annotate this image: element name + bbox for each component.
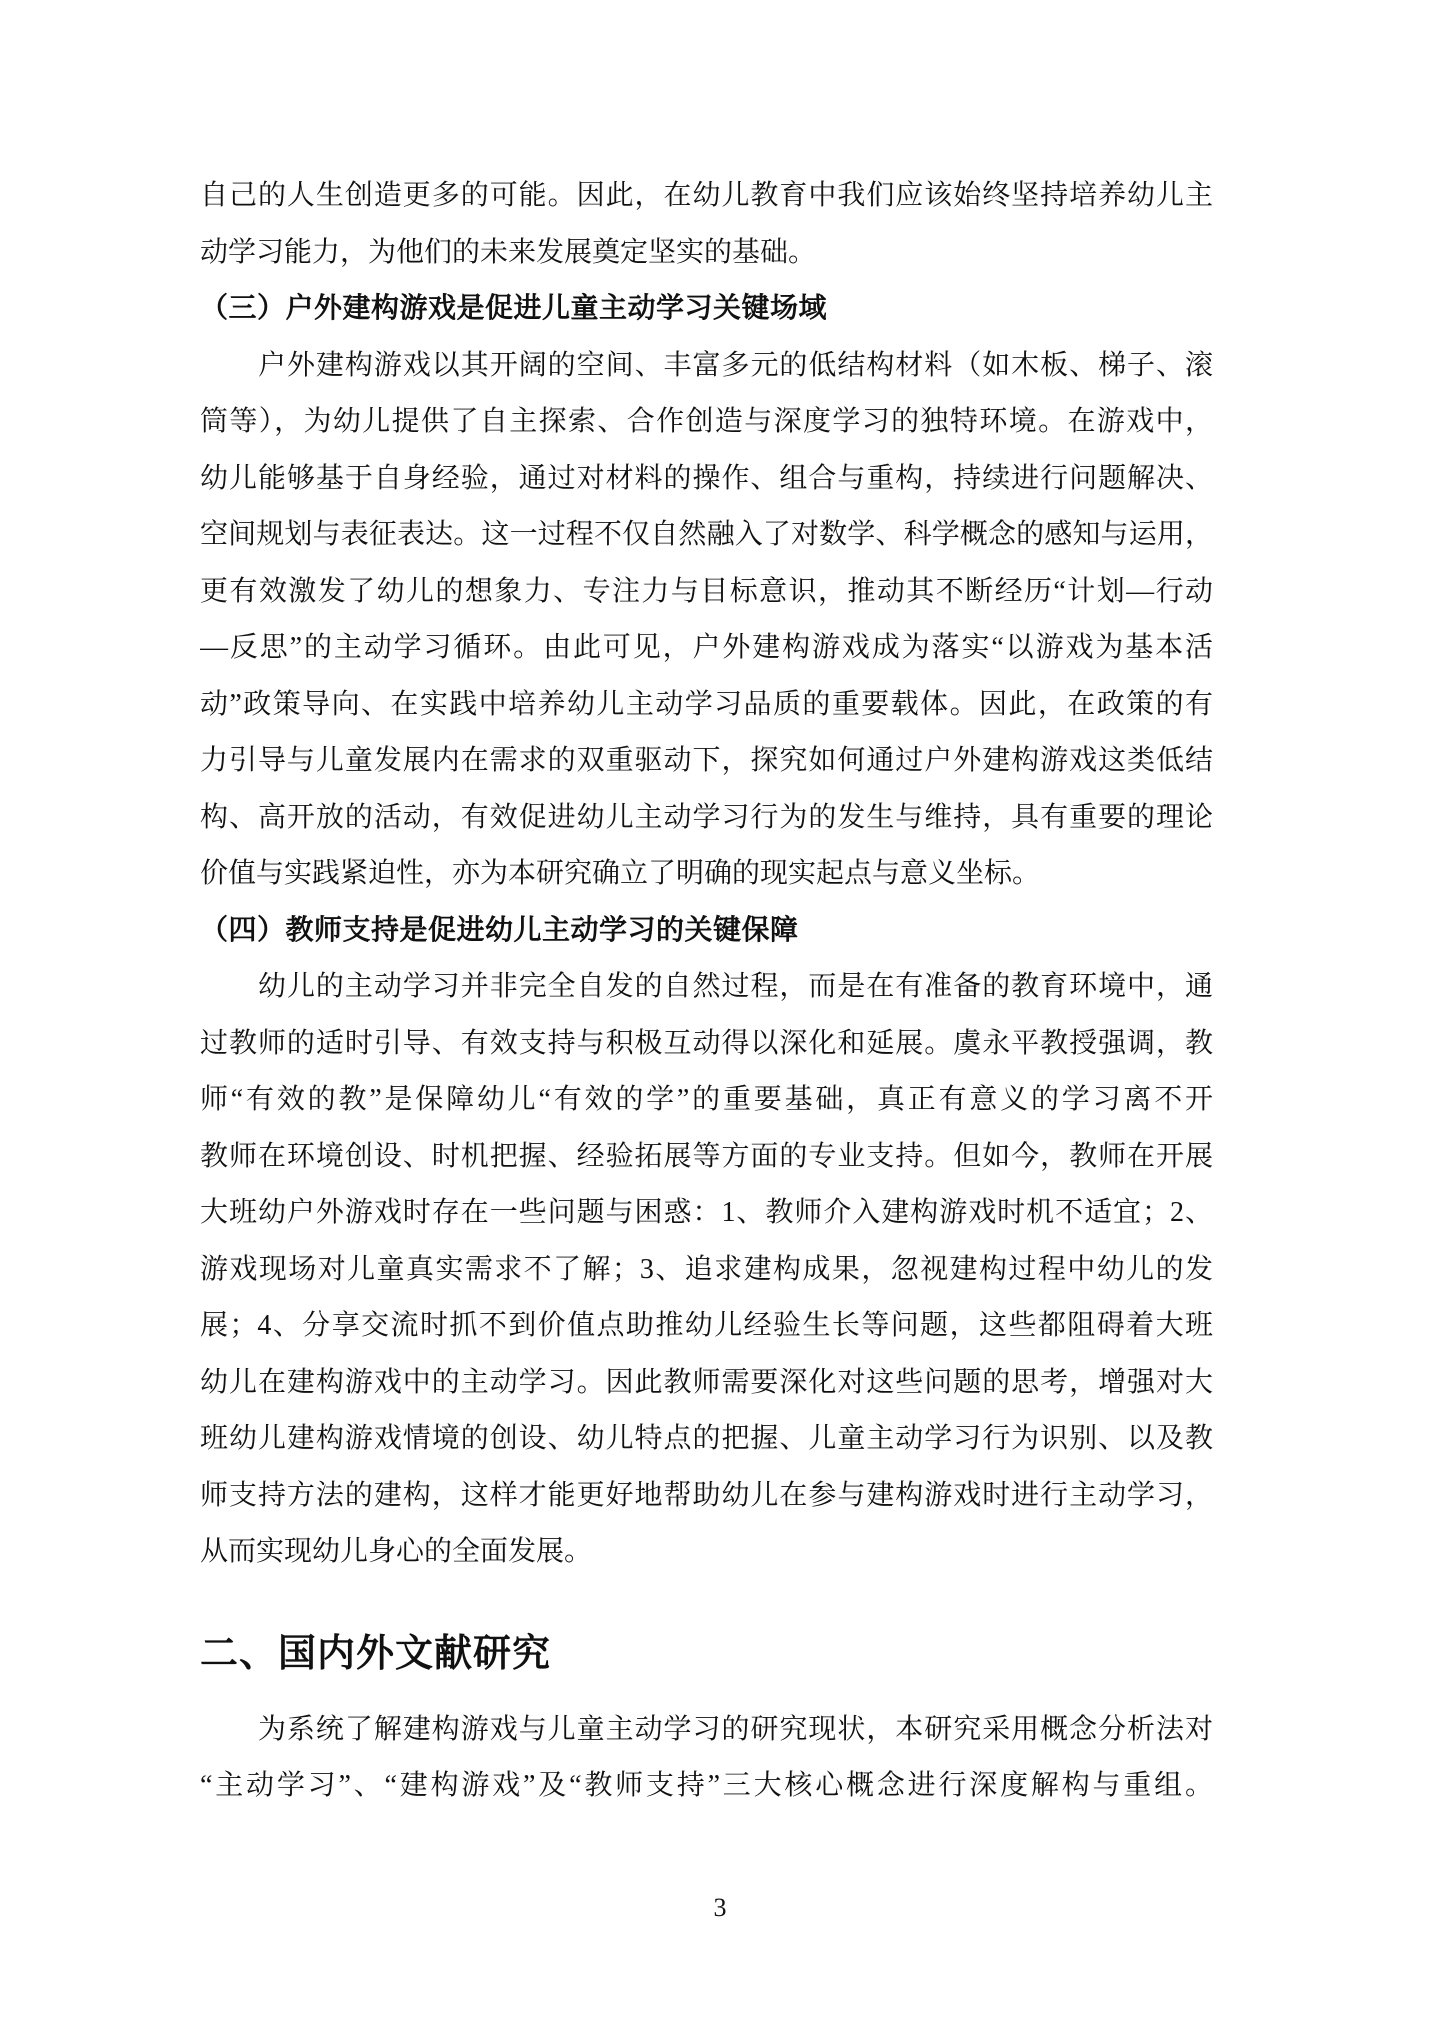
document-page: 自己的人生创造更多的可能。因此，在幼儿教育中我们应该始终坚持培养幼儿主动学习能力…: [0, 0, 1440, 2036]
sub-heading: （三）户外建构游戏是促进儿童主动学习关键场域: [200, 281, 1213, 338]
text-column: 自己的人生创造更多的可能。因此，在幼儿教育中我们应该始终坚持培养幼儿主动学习能力…: [200, 168, 1213, 1815]
paragraph-line: 幼儿的主动学习并非完全自发的自然过程，而是在有准备的教育环境中，通: [200, 959, 1213, 1016]
paragraph-line: 为系统了解建构游戏与儿童主动学习的研究现状，本研究采用概念分析法对: [200, 1702, 1213, 1759]
paragraph-line: 师“有效的教”是保障幼儿“有效的学”的重要基础，真正有意义的学习离不开: [200, 1072, 1213, 1129]
paragraph-line: 动”政策导向、在实践中培养幼儿主动学习品质的重要载体。因此，在政策的有: [200, 677, 1213, 734]
paragraph-line: 动学习能力，为他们的未来发展奠定坚实的基础。: [200, 225, 1213, 282]
paragraph-line: 从而实现幼儿身心的全面发展。: [200, 1524, 1213, 1581]
paragraph-line: 更有效激发了幼儿的想象力、专注力与目标意识，推动其不断经历“计划—行动: [200, 564, 1213, 621]
paragraph-line: 构、高开放的活动，有效促进幼儿主动学习行为的发生与维持，具有重要的理论: [200, 790, 1213, 847]
paragraph-line: 游戏现场对儿童真实需求不了解；3、追求建构成果，忽视建构过程中幼儿的发: [200, 1242, 1213, 1299]
paragraph-line: 展；4、分享交流时抓不到价值点助推幼儿经验生长等问题，这些都阻碍着大班: [200, 1298, 1213, 1355]
sub-heading: （四）教师支持是促进幼儿主动学习的关键保障: [200, 903, 1213, 960]
paragraph-line: 自己的人生创造更多的可能。因此，在幼儿教育中我们应该始终坚持培养幼儿主: [200, 168, 1213, 225]
paragraph-line: “主动学习”、“建构游戏”及“教师支持”三大核心概念进行深度解构与重组。: [200, 1758, 1213, 1815]
page-number: 3: [0, 1893, 1440, 1923]
paragraph-line: 价值与实践紧迫性，亦为本研究确立了明确的现实起点与意义坐标。: [200, 846, 1213, 903]
paragraph-line: 师支持方法的建构，这样才能更好地帮助幼儿在参与建构游戏时进行主动学习，: [200, 1468, 1213, 1525]
section-heading: 二、国内外文献研究: [200, 1624, 1213, 1684]
paragraph-line: 空间规划与表征表达。这一过程不仅自然融入了对数学、科学概念的感知与运用，: [200, 507, 1213, 564]
paragraph-line: 幼儿能够基于自身经验，通过对材料的操作、组合与重构，持续进行问题解决、: [200, 451, 1213, 508]
paragraph-line: 力引导与儿童发展内在需求的双重驱动下，探究如何通过户外建构游戏这类低结: [200, 733, 1213, 790]
paragraph-line: 过教师的适时引导、有效支持与积极互动得以深化和延展。虞永平教授强调，教: [200, 1016, 1213, 1073]
paragraph-line: —反思”的主动学习循环。由此可见，户外建构游戏成为落实“以游戏为基本活: [200, 620, 1213, 677]
paragraph-line: 筒等），为幼儿提供了自主探索、合作创造与深度学习的独特环境。在游戏中，: [200, 394, 1213, 451]
paragraph-line: 幼儿在建构游戏中的主动学习。因此教师需要深化对这些问题的思考，增强对大: [200, 1355, 1213, 1412]
paragraph-line: 户外建构游戏以其开阔的空间、丰富多元的低结构材料（如木板、梯子、滚: [200, 338, 1213, 395]
paragraph-line: 班幼儿建构游戏情境的创设、幼儿特点的把握、儿童主动学习行为识别、以及教: [200, 1411, 1213, 1468]
paragraph-line: 教师在环境创设、时机把握、经验拓展等方面的专业支持。但如今，教师在开展: [200, 1129, 1213, 1186]
paragraph-line: 大班幼户外游戏时存在一些问题与困惑：1、教师介入建构游戏时机不适宜；2、: [200, 1185, 1213, 1242]
